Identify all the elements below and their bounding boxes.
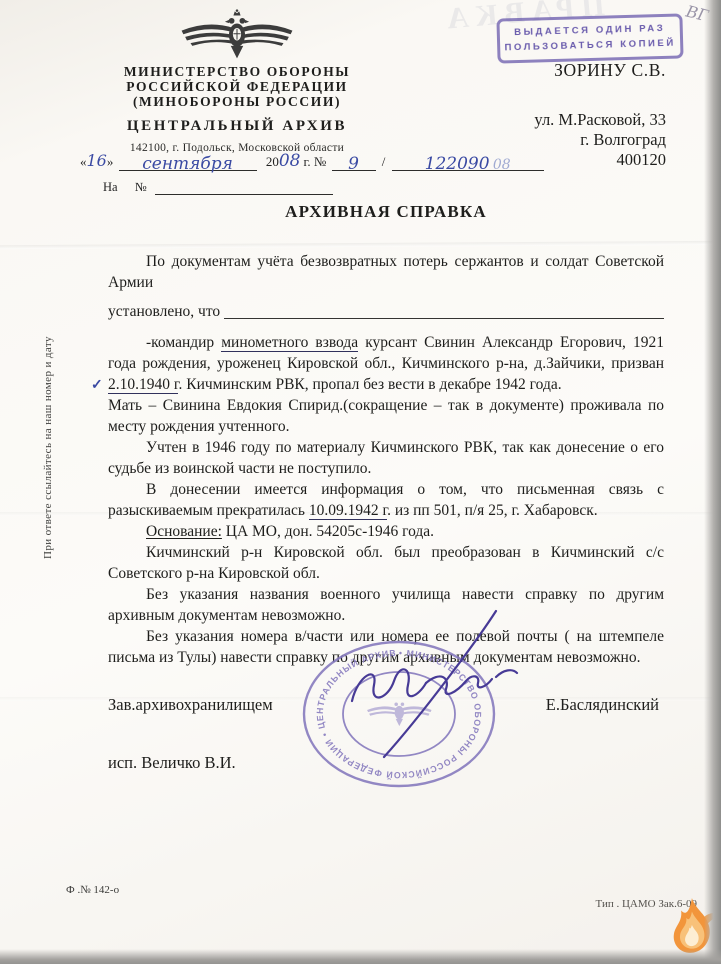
ministry-line1: МИНИСТЕРСТВО ОБОРОНЫ (84, 64, 390, 79)
body-text: -командир (146, 334, 221, 351)
body-text: Мать – Свинина Евдокия Спирид.(сокращени… (108, 397, 664, 435)
year-prefix: 20 (266, 154, 279, 169)
archive-name: ЦЕНТРАЛЬНЫЙ АРХИВ (84, 118, 390, 135)
underlined-date: 2.10.1940 г (108, 376, 178, 394)
paragraph-registered: Учтен в 1946 году по материалу Кичминско… (108, 437, 664, 479)
handwritten-day: 16 (87, 151, 107, 170)
ink-checkmark: ✓ (91, 377, 103, 394)
underlined-phrase: минометного взвода (221, 334, 358, 352)
reply-number-blank (155, 178, 333, 195)
recipient-city: г. Волгоград (534, 130, 666, 150)
handwritten-signature (300, 597, 570, 807)
intro-text: По документам учёта безвозвратных потерь… (108, 253, 664, 291)
letterhead: МИНИСТЕРСТВО ОБОРОНЫ РОССИЙСКОЙ ФЕДЕРАЦИ… (84, 8, 390, 154)
scan-edge-bottom (0, 949, 721, 964)
month-blank: сентября (119, 154, 257, 171)
underlined-date: 10.09.1942 г (309, 502, 387, 520)
intro2-text: установлено, что (108, 301, 220, 322)
handwritten-ref: 122090 (425, 154, 490, 174)
handwritten-number: 9 (348, 154, 359, 174)
form-number: Ф .№ 142-о (66, 884, 119, 896)
executor-line: исп. Величко В.И. (108, 753, 236, 773)
recipient-street: ул. М.Расковой, 33 (534, 110, 666, 130)
scan-edge-right (704, 0, 721, 964)
intro-line: По документам учёта безвозвратных потерь… (108, 251, 664, 293)
number-blank: 9 (332, 154, 376, 171)
paragraph-serviceman: -командир минометного взвода курсант Сви… (108, 332, 664, 395)
body-text: Учтен в 1946 году по материалу Кичминско… (108, 439, 664, 477)
recipient-postcode: 400120 (534, 150, 666, 170)
handwritten-year: 08 (279, 151, 301, 171)
ministry-line3: (МИНОБОРОНЫ РОССИИ) (84, 94, 390, 109)
paragraph-mother: Мать – Свинина Евдокия Спирид.(сокращени… (108, 395, 664, 437)
intro-line-2: установлено, что (108, 301, 664, 322)
no-label: № (135, 180, 147, 194)
one-time-issue-stamp: ВЫДАЕТСЯ ОДИН РАЗ ПОЛЬЗОВАТЬСЯ КОПИЕЙ (496, 13, 683, 64)
underlined-label: Основание: (146, 523, 222, 540)
paragraph-district: Кичминский р-н Кировской обл. был преобр… (108, 542, 664, 584)
recipient-address: ул. М.Расковой, 33 г. Волгоград 400120 (534, 110, 666, 169)
side-note: При ответе ссылайтесь на наш номер и дат… (42, 288, 54, 608)
slash: / (382, 154, 386, 169)
mod-eagle-emblem (178, 8, 296, 64)
na-label: На (103, 180, 118, 194)
paragraph-report: В донесении имеется информация о том, чт… (108, 479, 664, 521)
paper-crease (0, 241, 721, 249)
ref-blank: 122090 08 (392, 154, 544, 171)
scanned-document: ПРАВКА ВГ ВЫДАЕТСЯ ОДИН РАЗ ПОЛЬЗОВАТЬСЯ… (0, 0, 721, 964)
ministry-line2: РОССИЙСКОЙ ФЕДЕРАЦИИ (84, 79, 390, 94)
handwritten-ref-suffix: 08 (493, 157, 511, 173)
year-suffix: г. № (304, 154, 327, 169)
document-title: АРХИВНАЯ СПРАВКА (108, 202, 664, 222)
body-text: ЦА МО, дон. 54205с-1946 года. (222, 523, 434, 540)
body-text: . из пп 501, п/я 25, г. Хабаровск. (387, 502, 598, 519)
blank-line (224, 318, 664, 319)
signer-position: Зав.архивохранилищем (108, 695, 273, 715)
reply-number-line: На № (103, 178, 333, 195)
paragraph-basis: Основание: ЦА МО, дон. 54205с-1946 года. (108, 521, 664, 542)
body-text: . Кичминским РВК, пропал без вести в дек… (178, 376, 561, 393)
date-number-line: «16» сентября 2008г. № 9 / 122090 08 (80, 151, 470, 171)
recipient-name: ЗОРИНУ С.В. (554, 60, 666, 81)
handwritten-month: сентября (142, 154, 233, 174)
body-text: Кичминский р-н Кировской обл. был преобр… (108, 544, 664, 582)
close-quote: » (107, 154, 114, 169)
